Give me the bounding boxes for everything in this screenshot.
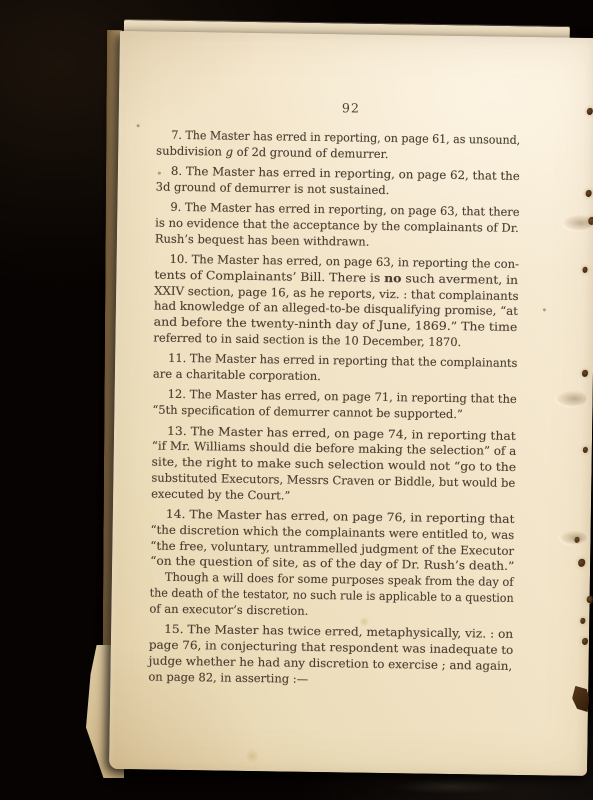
paper-pucker <box>561 214 593 232</box>
page-number: 92 <box>157 98 521 118</box>
paragraph: 11. The Master has erred in reporting th… <box>153 351 517 388</box>
paragraph: 7. The Master has erred in reporting, on… <box>156 128 520 165</box>
paragraph: 12. The Master has erred, on page 71, in… <box>152 387 516 424</box>
paper-pucker <box>554 389 586 407</box>
binding-hole <box>583 447 588 453</box>
body-text: 7. The Master has erred in reporting, on… <box>148 128 520 695</box>
binding-hole <box>587 596 593 603</box>
paper-stain <box>359 617 369 627</box>
binding-hole <box>582 370 588 377</box>
paper-pucker <box>558 530 586 546</box>
paragraph: 9. The Master has erred in reporting, on… <box>155 200 520 253</box>
shadow-smudge <box>393 779 509 794</box>
binding-hole <box>587 108 593 115</box>
binding-hole <box>586 190 592 197</box>
paper-speck <box>543 308 546 311</box>
paragraph: 15. The Master has twice erred, metaphys… <box>148 622 513 691</box>
paragraph: 13. The Master has erred, on page 74, in… <box>151 423 516 507</box>
paragraph: 8. The Master has erred in reporting, on… <box>156 164 520 201</box>
paper-speck <box>137 124 140 127</box>
binding-hole <box>578 559 585 567</box>
paper-speck <box>158 172 161 175</box>
paper-tear <box>572 686 589 712</box>
photo-background: 92 7. The Master has erred in reporting,… <box>0 0 593 800</box>
binding-hole <box>582 638 588 645</box>
paragraph: 14. The Master has erred, on page 76, in… <box>149 507 515 623</box>
binding-hole <box>582 267 587 273</box>
paragraph: 10. The Master has erred, on page 63, in… <box>153 252 518 352</box>
document-page: 92 7. The Master has erred in reporting,… <box>109 31 593 776</box>
paper-stain <box>245 749 259 763</box>
binding-hole <box>580 618 585 624</box>
